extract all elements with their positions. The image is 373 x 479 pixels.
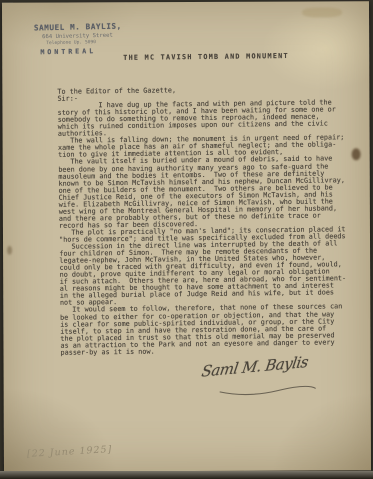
body-paragraphs: I have dug up the facts and with pen and… xyxy=(57,99,362,356)
letter-body: To the Editor of the Gazette,Sir:- I hav… xyxy=(57,85,362,356)
letter-title: THE MC TAVISH TOMB AND MONUMENT xyxy=(123,52,289,62)
date-note: [22 June 1925] xyxy=(27,444,113,460)
signature-flourish xyxy=(218,385,318,397)
letterhead-stamp: SAMUEL M. BAYLIS, 664 University Street … xyxy=(34,22,123,57)
scanned-letter: SAMUEL M. BAYLIS, 664 University Street … xyxy=(0,0,373,479)
letterhead-name: SAMUEL M. BAYLIS, xyxy=(34,22,122,33)
signature: Saml M. Baylis xyxy=(200,353,309,381)
letterhead-city: MONTREAL xyxy=(40,47,122,57)
age-stain xyxy=(302,7,342,17)
edge-stain xyxy=(7,246,12,255)
ink-stain xyxy=(352,148,361,160)
letterhead-telephone: Telephone Up. 5090 xyxy=(46,40,122,47)
scanner-edge xyxy=(0,471,373,479)
letter-paper: SAMUEL M. BAYLIS, 664 University Street … xyxy=(2,1,371,472)
